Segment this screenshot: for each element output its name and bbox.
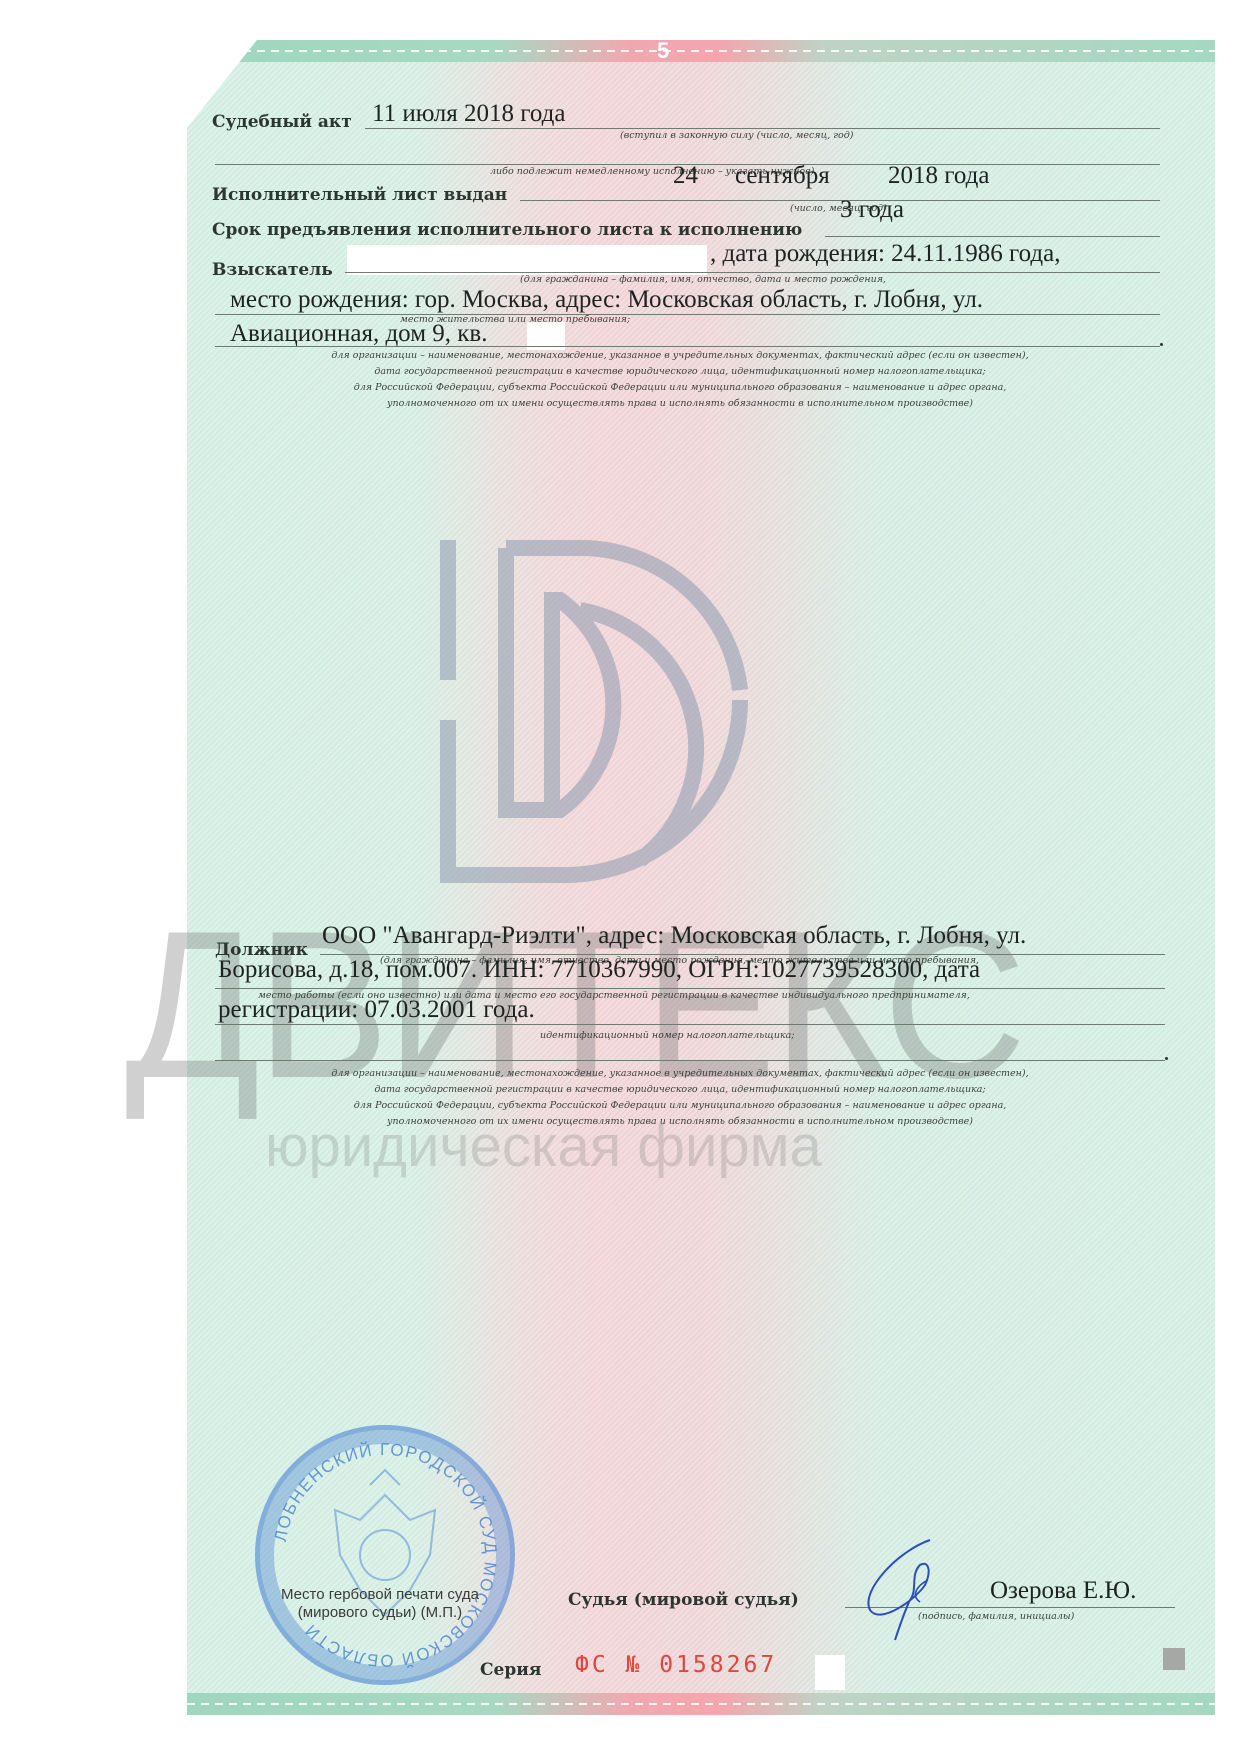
hint-line: для организации – наименование, местонах… [230, 348, 1130, 364]
court-act-hint: (вступил в законную силу (число, месяц, … [620, 130, 853, 141]
series-number: ФС № 0158267 [575, 1652, 777, 1678]
gray-square-mark [1163, 1648, 1185, 1670]
issued-month: сентября [735, 162, 830, 190]
claimant-line3: Авиационная, дом 9, кв. [230, 320, 487, 348]
term-line [825, 236, 1160, 237]
court-act-label: Судебный акт [212, 112, 352, 132]
debtor-line-2 [215, 988, 1165, 989]
debtor-hint-inn: идентификационный номер налогоплательщик… [540, 1030, 795, 1041]
signature-icon [840, 1530, 970, 1650]
issued-label: Исполнительный лист выдан [212, 185, 507, 205]
debtor-line-4 [215, 1060, 1165, 1061]
debtor-line-3 [215, 1024, 1165, 1025]
redacted-serial-digit [815, 1655, 845, 1690]
hint-line: для Российской Федерации, субъекта Росси… [230, 1098, 1130, 1114]
term-label: Срок предъявления исполнительного листа … [212, 220, 802, 240]
claimant-line2: место рождения: гор. Москва, адрес: Моск… [230, 286, 983, 314]
debtor-line3: регистрации: 07.03.2001 года. [218, 996, 535, 1024]
redacted-claimant-name [347, 245, 707, 275]
claimant-label: Взыскатель [212, 260, 333, 280]
judge-label: Судья (мировой судья) [568, 1590, 799, 1610]
dd-logo-watermark-icon [440, 540, 800, 890]
debtor-line1: ООО "Авангард-Риэлти", адрес: Московская… [322, 922, 1026, 950]
hint-line: для Российской Федерации, субъекта Росси… [230, 380, 1130, 396]
hint-line: дата государственной регистрации в качес… [230, 1082, 1130, 1098]
hint-line: дата государственной регистрации в качес… [230, 364, 1130, 380]
claimant-line-2 [215, 314, 1160, 315]
claimant-hint-block: для организации – наименование, местонах… [230, 348, 1130, 412]
claimant-line-1 [345, 272, 1160, 273]
debtor-hint-block: для организации – наименование, местонах… [230, 1066, 1130, 1130]
svg-text:ЛОБНЕНСКИЙ ГОРОДСКОЙ СУД МОСКО: ЛОБНЕНСКИЙ ГОРОДСКОЙ СУД МОСКОВСКОЙ ОБЛА… [271, 1440, 500, 1670]
claimant-line1: , дата рождения: 24.11.1986 года, [710, 240, 1060, 268]
court-act-line [365, 128, 1160, 129]
hint-line: уполномоченного от их имени осуществлять… [230, 396, 1130, 412]
court-act-value: 11 июля 2018 года [372, 100, 565, 128]
series-label: Серия [480, 1660, 541, 1680]
issued-year: 2018 года [888, 162, 989, 190]
term-value: 3 года [840, 196, 904, 224]
hint-line: для организации – наименование, местонах… [230, 1066, 1130, 1082]
seal-ring-text: ЛОБНЕНСКИЙ ГОРОДСКОЙ СУД МОСКОВСКОЙ ОБЛА… [255, 1425, 515, 1685]
line-end-dot [1160, 343, 1163, 346]
bottom-border-band [187, 1693, 1215, 1715]
caption-line: (мирового судьи) (М.П.) [260, 1604, 500, 1622]
caption-line: Место гербовой печати суда [260, 1586, 500, 1604]
issued-day: 24 [673, 162, 698, 190]
judge-name: Озерова Е.Ю. [990, 1577, 1136, 1605]
page-number: 5 [657, 38, 669, 64]
top-border-band: 5 [187, 40, 1215, 62]
line-end-dot [1165, 1057, 1168, 1060]
stamp-place-caption: Место гербовой печати суда (мирового суд… [260, 1586, 500, 1622]
claimant-line-3 [215, 346, 1160, 347]
hint-line: уполномоченного от их имени осуществлять… [230, 1114, 1130, 1130]
debtor-line2: Борисова, д.18, пом.007. ИНН: 7710367990… [218, 956, 980, 984]
claimant-hint-top: (для гражданина – фамилия, имя, отчество… [520, 274, 886, 285]
